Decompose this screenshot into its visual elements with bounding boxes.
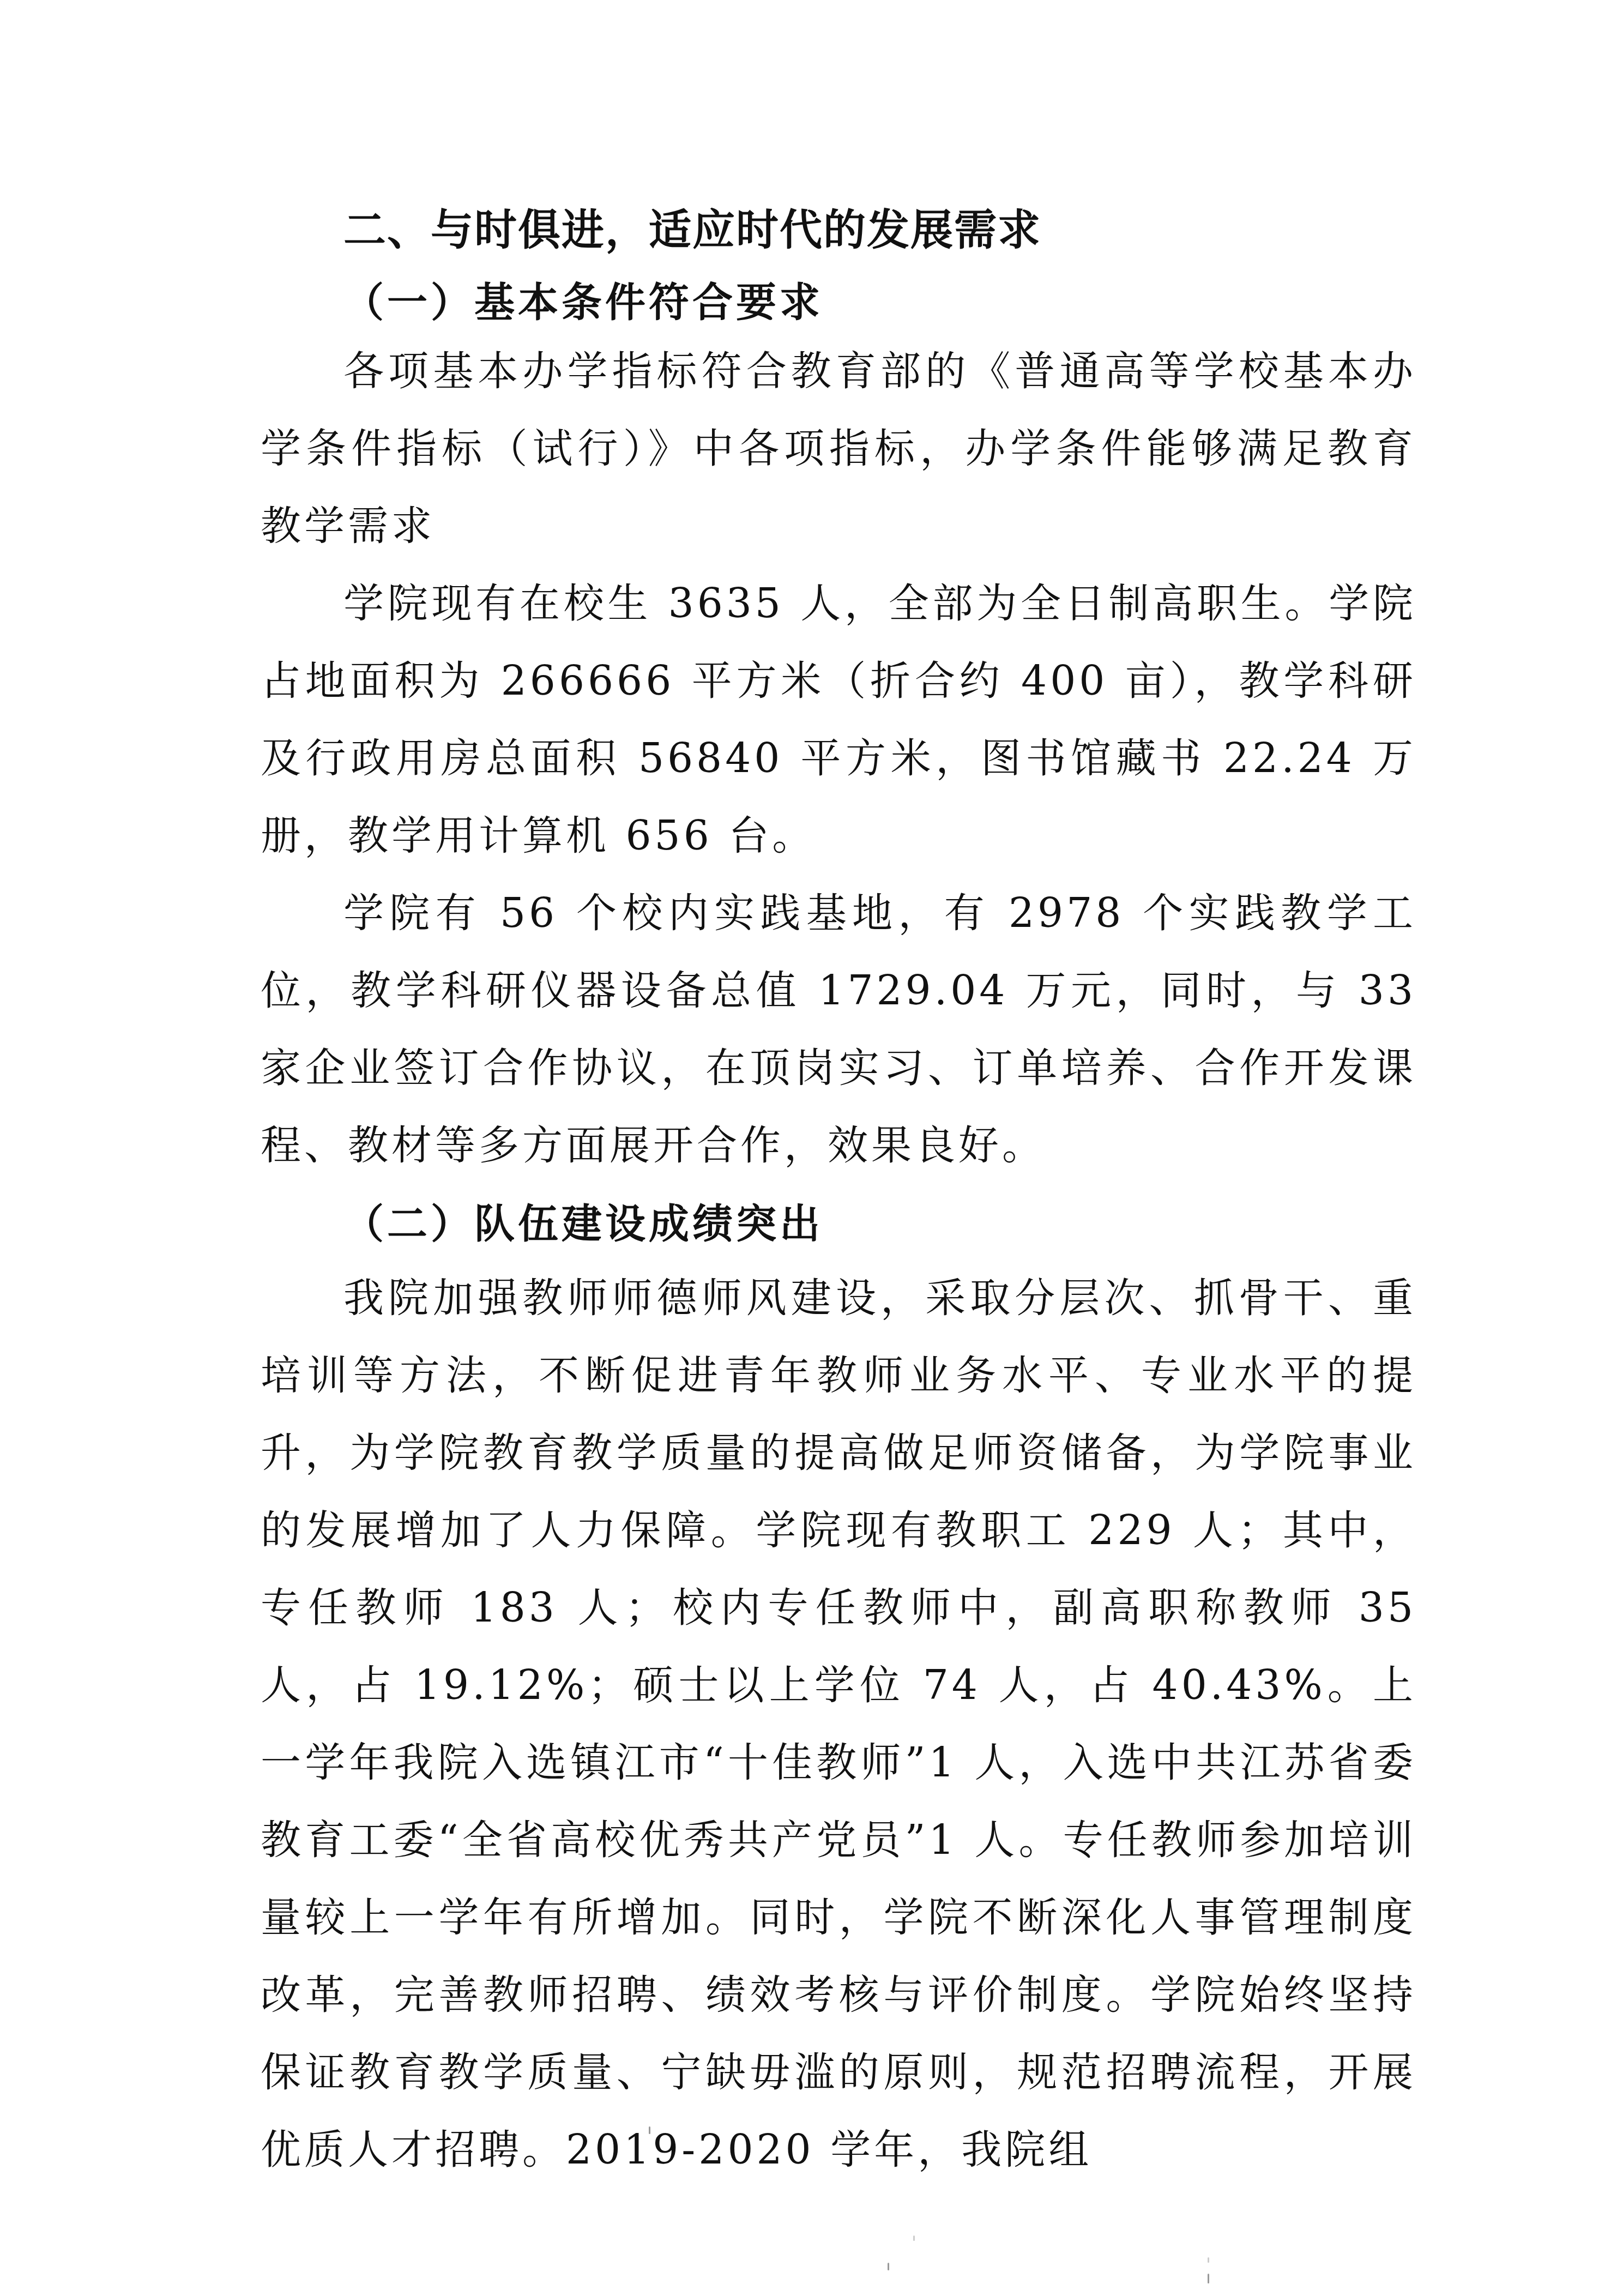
paragraph-practice-bases: 学院有 56 个校内实践基地，有 2978 个实践教学工位，教学科研仪器设备总值…: [261, 875, 1416, 1184]
paragraph-indicators: 各项基本办学指标符合教育部的《普通高等学校基本办学条件指标（试行）》中各项指标，…: [261, 333, 1416, 565]
subsection-heading-basic-conditions: （一）基本条件符合要求: [343, 273, 823, 333]
paragraph-campus-facilities: 学院现有在校生 3635 人，全部为全日制高职生。学院占地面积为 266666 …: [261, 565, 1416, 875]
subsection-heading-team-building: （二）队伍建设成绩突出: [343, 1194, 823, 1254]
scan-speck: [649, 2126, 650, 2134]
section-heading: 二、与时俱进，适应时代的发展需求: [343, 201, 1041, 261]
scan-speck: [913, 2235, 915, 2241]
scan-speck: [1208, 2274, 1209, 2283]
scan-speck: [888, 2263, 889, 2270]
paragraph-faculty: 我院加强教师师德师风建设，采取分层次、抓骨干、重培训等方法，不断促进青年教师业务…: [261, 1260, 1416, 2189]
scan-speck: [1208, 2257, 1209, 2263]
